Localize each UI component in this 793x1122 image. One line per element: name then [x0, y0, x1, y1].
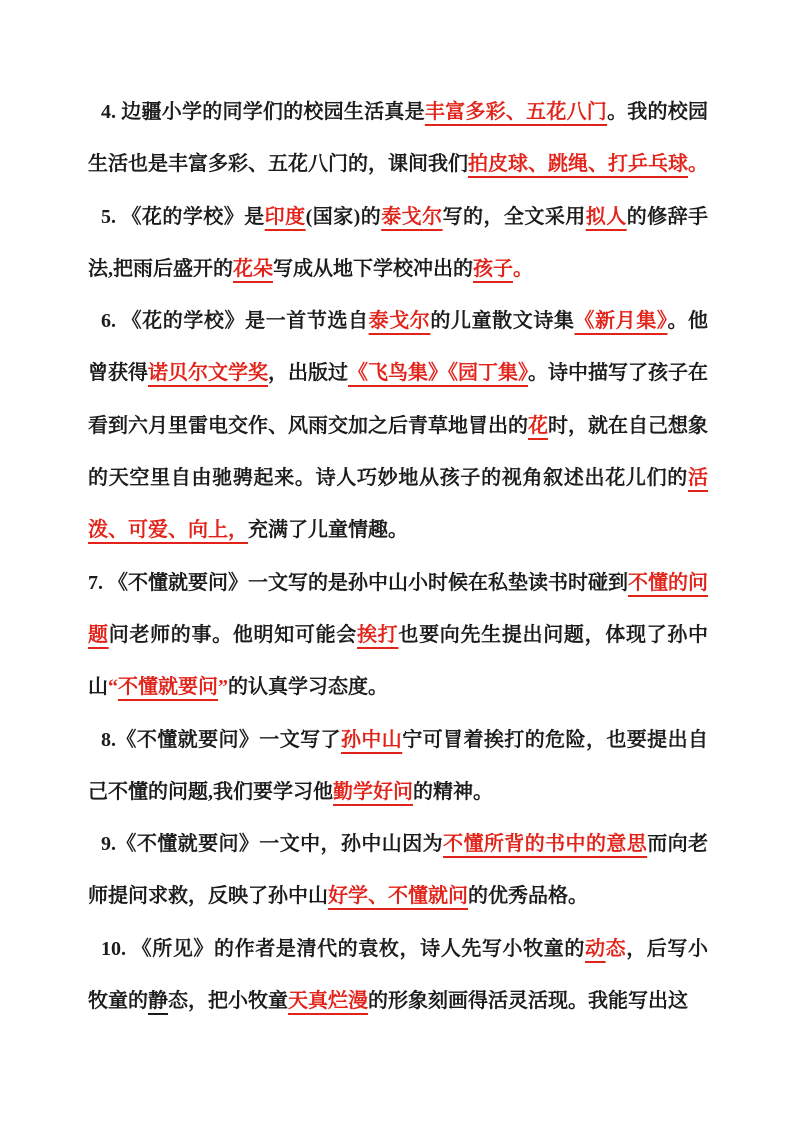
answer-text: 不懂就要问	[118, 676, 218, 698]
text-block: 4. 边疆小学的同学们的校园生活真是丰富多彩、五花八门。我的校园生活也是丰富多彩…	[88, 86, 708, 1027]
answer-text: 印度	[265, 206, 306, 228]
body-text: ，出版过	[268, 362, 348, 384]
answer-text: 勤学好问	[333, 781, 413, 803]
body-text: 8.《不懂就要问》一文写了	[101, 729, 341, 751]
answer-text: 诺贝尔文学奖	[148, 362, 268, 384]
answer-text: 《新月集》	[575, 310, 668, 332]
body-text: (国家)的	[306, 206, 382, 228]
body-text: 的精神。	[413, 781, 493, 803]
body-text: 10. 《所见》的作者是清代的袁枚，诗人先写小牧童的	[101, 938, 585, 960]
paragraph-8: 8.《不懂就要问》一文写了孙中山宁可冒着挨打的危险，也要提出自己不懂的问题,我们…	[88, 714, 708, 819]
answer-text: 孩子	[473, 258, 513, 280]
answer-text: 泰戈尔	[381, 206, 442, 228]
paragraph-5: 5. 《花的学校》是印度(国家)的泰戈尔写的，全文采用拟人的修辞手法,把雨后盛开…	[88, 191, 708, 296]
answer-text: 花	[528, 415, 548, 437]
answer-text: 《飞鸟集》《园丁集》	[348, 362, 528, 384]
body-text: 的认真学习态度。	[228, 676, 388, 698]
answer-text: 拍皮球、跳绳、打乒乓球	[468, 153, 688, 175]
answer-text: 挨打	[357, 624, 398, 646]
answer-text: 泰戈尔	[369, 310, 431, 332]
answer-text: 动	[585, 938, 606, 960]
answer-text: 。	[688, 153, 708, 175]
answer-text: 天真烂漫	[288, 990, 368, 1012]
answer-text: ”	[218, 676, 228, 698]
answer-text: “	[108, 676, 118, 698]
answer-text: 拟人	[586, 206, 627, 228]
answer-text: 花朵	[233, 258, 273, 280]
body-text: 7. 《不懂就要问》一文写的是孙中山小时候在私垫读书时碰到	[88, 572, 628, 594]
paragraph-7: 7. 《不懂就要问》一文写的是孙中山小时候在私垫读书时碰到不懂的问题问老师的事。…	[88, 557, 708, 714]
paragraph-4: 4. 边疆小学的同学们的校园生活真是丰富多彩、五花八门。我的校园生活也是丰富多彩…	[88, 86, 708, 191]
paragraph-10: 10. 《所见》的作者是清代的袁枚，诗人先写小牧童的动态，后写小牧童的静态，把小…	[88, 923, 708, 1028]
body-text: 问老师的事。他明知可能会	[109, 624, 357, 646]
answer-text: 好学、不懂就问	[328, 885, 468, 907]
body-text: 写成从地下学校冲出的	[273, 258, 473, 280]
body-text: 4. 边疆小学的同学们的校园生活真是	[101, 101, 425, 123]
body-text: 5. 《花的学校》是	[101, 206, 265, 228]
body-text: 9.《不懂就要问》一文中，孙中山因为	[101, 833, 443, 855]
document-page: 4. 边疆小学的同学们的校园生活真是丰富多彩、五花八门。我的校园生活也是丰富多彩…	[0, 0, 793, 1122]
paragraph-9: 9.《不懂就要问》一文中，孙中山因为不懂所背的书中的意思而向老师提问求救，反映了…	[88, 818, 708, 923]
answer-text: 孙中山	[341, 729, 402, 751]
body-text: 的形象刻画得活灵活现。我能写出这	[368, 990, 688, 1012]
body-text: 写的，全文采用	[443, 206, 586, 228]
answer-text: 。	[513, 258, 533, 280]
body-text: 的儿童散文诗集	[430, 310, 574, 332]
body-text: 充满了儿童情趣。	[248, 519, 408, 541]
answer-text: 丰富多彩、五花八门	[425, 101, 607, 123]
body-text: 6. 《花的学校》是一首节选自	[101, 310, 369, 332]
paragraph-6: 6. 《花的学校》是一首节选自泰戈尔的儿童散文诗集《新月集》。他曾获得诺贝尔文学…	[88, 295, 708, 556]
answer-text: 不懂所背的书中的意思	[443, 833, 647, 855]
body-text: 的优秀品格。	[468, 885, 588, 907]
body-text: 态，把小牧童	[168, 990, 288, 1012]
answer-text: 静	[148, 990, 168, 1012]
answer-text: 态	[606, 938, 627, 960]
